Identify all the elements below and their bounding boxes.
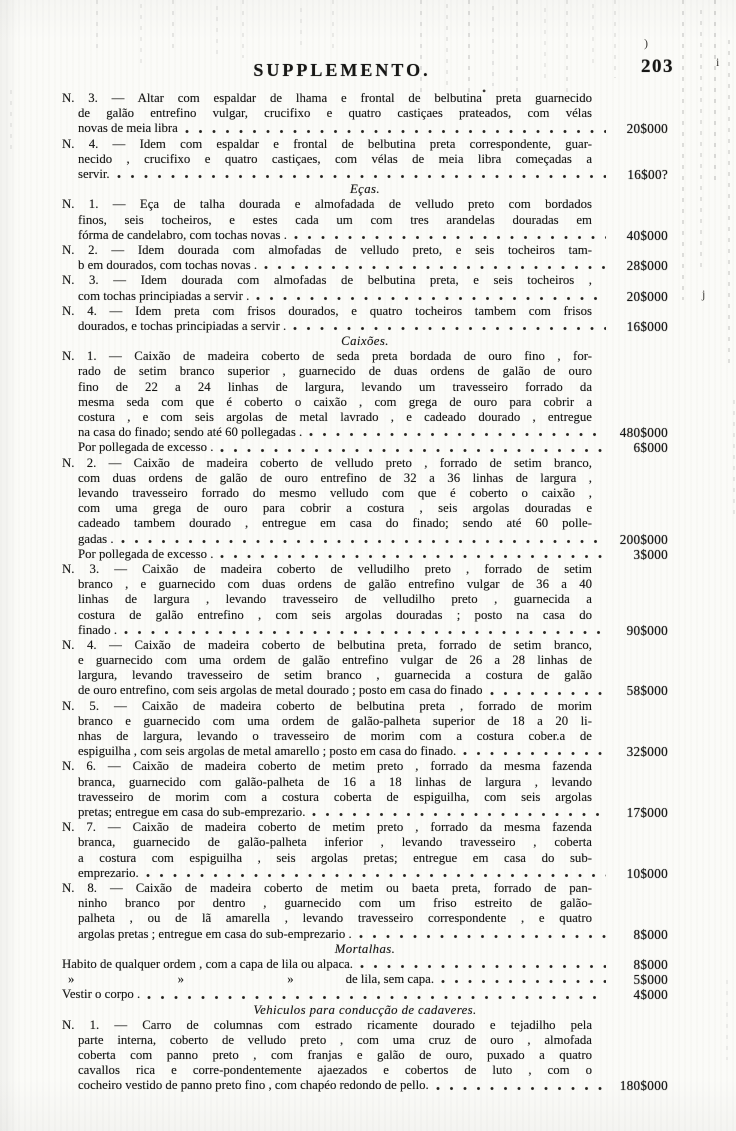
entry-line: coberta com panno preto , com franjas e … <box>78 1048 592 1063</box>
scan-noise-streak <box>96 0 98 55</box>
entry-line: N. 3. — Idem dourada com almofadas de be… <box>62 273 592 288</box>
entry-line: linhas de largura , levando travesseiro … <box>78 592 592 607</box>
scan-noise-streak <box>726 980 728 1060</box>
entry-line: levando travesseiro forrado do mesmo vel… <box>78 486 592 501</box>
entry: N. 1. — Carro de columnas com estrado ri… <box>62 1018 668 1094</box>
entry-last-line: espiguilha , com seis argolas de metal a… <box>62 744 668 759</box>
dot-leader <box>256 296 606 301</box>
entry-last-line: gadas .200$000 <box>62 532 668 547</box>
dot-leader <box>309 432 606 437</box>
entry-line: fino de 22 a 24 linhas de largura, levan… <box>78 380 592 395</box>
entry-last-line: Por pollegada de excesso .3$000 <box>62 547 668 562</box>
price-value: 17$000 <box>616 805 668 820</box>
entry: N. 3. — Idem dourada com almofadas de be… <box>62 273 668 303</box>
page-number: 203 <box>641 56 674 78</box>
scan-noise-streak <box>733 400 735 520</box>
dot-leader <box>312 812 606 817</box>
entry-text: cocheiro vestido de panno preto fino , c… <box>78 1078 429 1093</box>
entry: N. 4. — Idem preta com frisos dourados, … <box>62 304 668 334</box>
price-value: 58$000 <box>616 683 668 698</box>
entry-last-line: emprezario.10$000 <box>62 866 668 881</box>
entry-line: N. 4. — Idem preta com frisos dourados, … <box>62 304 592 319</box>
entry-line: finos, seis tocheiros, e estes cada um c… <box>78 213 592 228</box>
entry-line: branco , e guarnecido com duas ordens de… <box>78 577 592 592</box>
entry-text: Por pollegada de excesso . <box>78 440 213 455</box>
entry-line: N. 2. — Caixão de madeira coberto de vel… <box>62 456 592 471</box>
entry-line: necido , crucifixo e quatro castiçaes, c… <box>78 152 592 167</box>
entry-last-line: Vestir o corpo .4$000 <box>62 987 668 1002</box>
scan-noise-streak <box>468 0 470 100</box>
entry-last-line: pretas; entregue em casa do sub-emprezar… <box>62 805 668 820</box>
entry-last-line: servir.16$00? <box>62 167 668 182</box>
entry-line: branca, guarnecido de galão-palheta infe… <box>78 835 592 850</box>
entry-last-line: Por pollegada de excesso .6$000 <box>62 440 668 455</box>
dot-leader <box>220 448 606 453</box>
entry-line: de galão entrefino vulgar, crucifixo e q… <box>78 106 592 121</box>
entry-last-line: finado .90$000 <box>62 623 668 638</box>
scan-noise-streak <box>172 0 174 48</box>
entry-text: Por pollegada de excesso . <box>78 547 213 562</box>
entry-text: emprezario. <box>78 866 139 881</box>
dot-leader <box>293 326 606 331</box>
price-value: 20$000 <box>616 121 668 136</box>
scan-artifact-glyph: i <box>716 55 719 70</box>
document-body: N. 3. — Altar com espaldar de lhama e fr… <box>62 91 668 1094</box>
entry-line: N. 4. — Caixão de madeira coberto de bel… <box>62 638 592 653</box>
entry-line: costura de galão entrefino , com seis ar… <box>78 608 592 623</box>
entry-text: gadas . <box>78 532 114 547</box>
entry-last-line: com tochas principiadas a servir .20$000 <box>62 289 668 304</box>
entry-line: cavallos rica e corre-pondentemente ajae… <box>78 1063 592 1078</box>
entry: N. 5. — Caixão de madeira coberto de bel… <box>62 699 668 760</box>
entry: N. 6. — Caixão de madeira coberto de met… <box>62 759 668 820</box>
entry-line: N. 2. — Idem dourada com almofadas de ve… <box>62 243 592 258</box>
price-value: 8$000 <box>616 927 668 942</box>
entry-text: novas de meia libra <box>78 121 178 136</box>
section-heading: Caixões. <box>62 334 668 349</box>
entry: N. 3. — Altar com espaldar de lhama e fr… <box>62 91 668 137</box>
entry-last-line: » » »de lila, sem capa.5$000 <box>62 972 668 987</box>
entry: Por pollegada de excesso .3$000 <box>62 547 668 562</box>
entry-line: N. 1. — Eça de talha dourada e almofadad… <box>62 197 592 212</box>
entry-line: N. 4. — Idem com espaldar e frontal de b… <box>62 137 592 152</box>
scan-noise-streak <box>242 0 244 58</box>
entry-line: mesma seda com que é coberto o caixão , … <box>78 395 592 410</box>
entry: Por pollegada de excesso .6$000 <box>62 440 668 455</box>
price-value: 10$000 <box>616 866 668 881</box>
entry-text: na casa do finado; sendo até 60 pollegad… <box>78 425 302 440</box>
dot-leader <box>121 539 606 544</box>
entry-text: b em dourados, com tochas novas . <box>78 258 257 273</box>
entry-line: palheta , ou de lã amarella , levando tr… <box>78 911 592 926</box>
section-heading: Eças. <box>62 182 668 197</box>
scan-noise-streak <box>216 6 218 58</box>
scan-artifact-glyph: j <box>702 287 705 302</box>
entry-text: Habito de qualquer ordem , com a capa de… <box>62 957 353 972</box>
price-value: 180$000 <box>616 1078 668 1093</box>
price-value: 5$000 <box>616 972 668 987</box>
price-value: 480$000 <box>616 425 668 440</box>
entry-text: finado . <box>78 623 117 638</box>
entry-line: costura , e com seis argolas de metal la… <box>78 410 592 425</box>
entry: N. 4. — Caixão de madeira coberto de bel… <box>62 638 668 699</box>
entry-text: dourados, e tochas principiadas a servir… <box>78 319 286 334</box>
entry-line: N. 6. — Caixão de madeira coberto de met… <box>62 759 592 774</box>
entry-line: com duas ordens de galão de ouro entrefi… <box>78 471 592 486</box>
entry-text: espiguilha , com seis argolas de metal a… <box>78 744 456 759</box>
entry-last-line: b em dourados, com tochas novas .28$000 <box>62 258 668 273</box>
entry: N. 1. — Eça de talha dourada e almofadad… <box>62 197 668 243</box>
price-value: 28$000 <box>616 258 668 273</box>
price-value: 3$000 <box>616 547 668 562</box>
dot-leader <box>220 554 606 559</box>
dot-leader <box>264 265 606 270</box>
scan-noise-streak <box>516 0 518 96</box>
entry-line: ninho branco por dentro , guarnecido com… <box>78 896 592 911</box>
scan-noise-streak <box>140 4 142 64</box>
dot-leader <box>490 691 606 696</box>
scan-noise-streak <box>700 10 702 270</box>
entry-text: argolas pretas ; entregue em casa do sub… <box>78 927 352 942</box>
price-value: 200$000 <box>616 532 668 547</box>
entry-text: pretas; entregue em casa do sub-emprezar… <box>78 805 305 820</box>
entry-line: com uma grega de ouro para cobrir a cost… <box>78 501 592 516</box>
entry-text: fórma de candelabro, com tochas novas . <box>78 228 287 243</box>
entry-text: com tochas principiadas a servir . <box>78 289 249 304</box>
entry-last-line: argolas pretas ; entregue em casa do sub… <box>62 927 668 942</box>
entry-line: travesseiro de morim com a costura cober… <box>78 790 592 805</box>
scan-noise-streak <box>10 90 12 150</box>
entry-line: N. 3. — Altar com espaldar de lhama e fr… <box>62 91 592 106</box>
entry-line: N. 7. — Caixão de madeira coberto de met… <box>62 820 592 835</box>
entry-line: nhas de largura, levando o travesseiro d… <box>78 729 592 744</box>
entry: N. 8. — Caixão de madeira coberto de met… <box>62 881 668 942</box>
entry-last-line: cocheiro vestido de panno preto fino , c… <box>62 1078 668 1093</box>
dot-leader <box>463 751 606 756</box>
entry: N. 2. — Caixão de madeira coberto de vel… <box>62 456 668 547</box>
dot-leader <box>185 129 606 134</box>
dot-leader <box>436 1086 606 1091</box>
entry-last-line: novas de meia libra20$000 <box>62 121 668 136</box>
entry-line: branco e guarnecido com uma ordem de gal… <box>78 714 592 729</box>
entry-line: N. 8. — Caixão de madeira coberto de met… <box>62 881 592 896</box>
entry-line: N. 5. — Caixão de madeira coberto de bel… <box>62 699 592 714</box>
entry-last-line: Habito de qualquer ordem , com a capa de… <box>62 957 668 972</box>
scan-noise-streak <box>714 0 716 180</box>
scan-noise-streak <box>592 4 594 64</box>
dot-leader <box>117 174 606 179</box>
scan-noise-streak <box>682 0 684 300</box>
price-value: 20$000 <box>616 289 668 304</box>
price-value: 40$000 <box>616 228 668 243</box>
entry-text: de lila, sem capa. <box>346 972 434 987</box>
entry-line: parte interna, coberto de velludo preto … <box>78 1033 592 1048</box>
entry-last-line: na casa do finado; sendo até 60 pollegad… <box>62 425 668 440</box>
entry-line: a costura com espiguilha , seis argolas … <box>78 851 592 866</box>
entry-text: de ouro entrefino, com seis argolas de m… <box>78 683 483 698</box>
entry: N. 1. — Caixão de madeira coberto de sed… <box>62 349 668 440</box>
scan-artifact-glyph: ) <box>644 36 648 51</box>
scan-noise-streak <box>332 0 334 55</box>
entry-line: largura, levando travesseiro de setim br… <box>78 668 592 683</box>
entry: » » »de lila, sem capa.5$000 <box>62 972 668 987</box>
price-value: 4$000 <box>616 987 668 1002</box>
dot-leader <box>146 873 606 878</box>
scan-noise-streak <box>728 40 730 370</box>
entry: N. 4. — Idem com espaldar e frontal de b… <box>62 137 668 183</box>
scan-noise-streak <box>300 8 302 48</box>
dot-leader <box>359 934 606 939</box>
section-heading: Vehiculos para conducção de cadaveres. <box>62 1003 668 1018</box>
entry-line: rado de setim branco superior , guarneci… <box>78 364 592 379</box>
page-title: SUPPLEMENTO. <box>39 60 645 81</box>
price-value: 6$000 <box>616 440 668 455</box>
price-value: 32$000 <box>616 744 668 759</box>
ditto-marks: » » » <box>62 972 294 987</box>
dot-leader <box>360 964 606 969</box>
entry: Vestir o corpo .4$000 <box>62 987 668 1002</box>
entry-last-line: dourados, e tochas principiadas a servir… <box>62 319 668 334</box>
scanned-page: )•ji SUPPLEMENTO. 203 N. 3. — Altar com … <box>0 0 736 1131</box>
entry-last-line: fórma de candelabro, com tochas novas .4… <box>62 228 668 243</box>
price-value: 16$00? <box>616 167 668 182</box>
entry-last-line: de ouro entrefino, com seis argolas de m… <box>62 683 668 698</box>
entry: N. 2. — Idem dourada com almofadas de ve… <box>62 243 668 273</box>
entry: N. 7. — Caixão de madeira coberto de met… <box>62 820 668 881</box>
entry-text: Vestir o corpo . <box>62 987 140 1002</box>
dot-leader <box>124 630 606 635</box>
entry-line: e guarnecido com uma ordem de galão entr… <box>78 653 592 668</box>
dot-leader <box>147 995 606 1000</box>
entry-line: branca, guarnecido com galão-palheta de … <box>78 775 592 790</box>
entry: Habito de qualquer ordem , com a capa de… <box>62 957 668 972</box>
dot-leader <box>294 235 606 240</box>
price-value: 8$000 <box>616 957 668 972</box>
entry-line: cadeado tambem dourado , entregue em cas… <box>78 516 592 531</box>
dot-leader <box>441 979 606 984</box>
entry-line: N. 1. — Carro de columnas com estrado ri… <box>62 1018 592 1033</box>
entry-line: N. 1. — Caixão de madeira coberto de sed… <box>62 349 592 364</box>
entry-text: servir. <box>78 167 110 182</box>
entry: N. 3. — Caixão de madeira coberto de vel… <box>62 562 668 638</box>
price-value: 16$000 <box>616 319 668 334</box>
price-value: 90$000 <box>616 623 668 638</box>
section-heading: Mortalhas. <box>62 942 668 957</box>
entry-line: N. 3. — Caixão de madeira coberto de vel… <box>62 562 592 577</box>
